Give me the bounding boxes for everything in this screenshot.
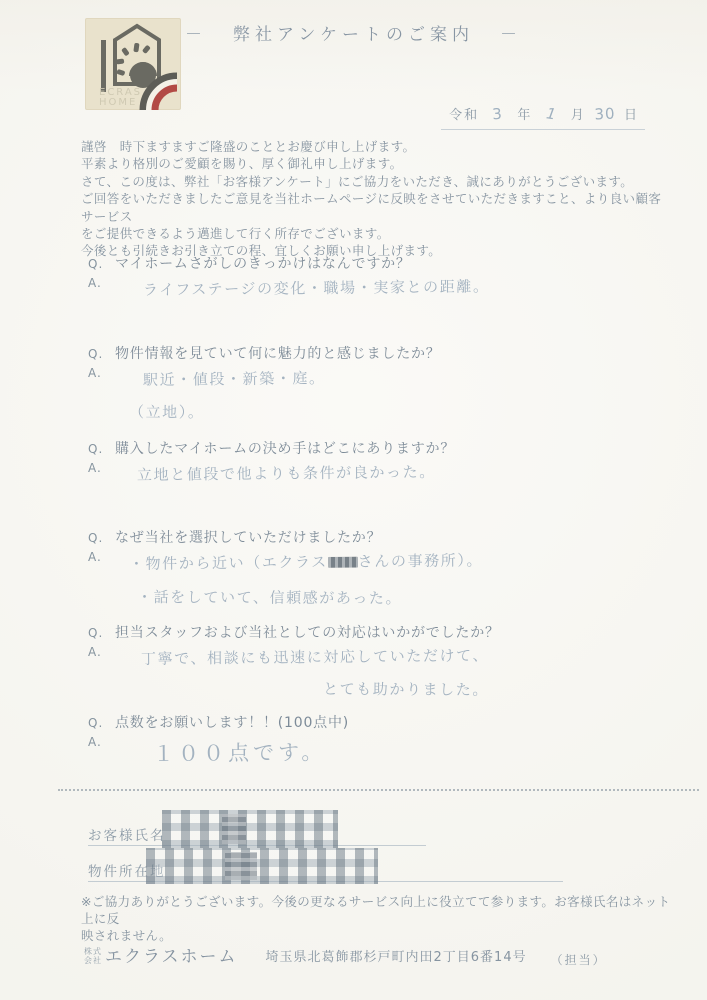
a-label: A. (88, 550, 115, 607)
year-label: 年 (517, 108, 532, 123)
date-line: 令和 3 年 1 月 30 日 (441, 104, 645, 130)
question-row: Q.マイホームさがしのきっかけはなんですか？ (88, 253, 671, 273)
answer-text-segment: 立地と値段で他よりも条件が良かった。 (137, 463, 436, 484)
handwritten-answers: １００点です。 (115, 735, 671, 768)
q-label: Q. (88, 257, 115, 271)
q-label: Q. (88, 531, 115, 545)
question-text: 点数をお願いします！！(100点中) (115, 712, 349, 732)
question-row: Q.なぜ当社を選択していただけましたか？ (88, 527, 671, 547)
answer-text-segment: ・物件から近い（エクラス (129, 553, 328, 573)
answer-text-segment: （立地）。 (129, 403, 205, 421)
a-label: A. (88, 276, 115, 300)
answer-text-segment: とても助かりました。 (323, 680, 489, 699)
handwritten-answers: ・物件から近い（エクラスさんの事務所）。・話をしていて、信頼感があった。 (115, 550, 671, 607)
logo-bar (101, 40, 106, 92)
question-text: マイホームさがしのきっかけはなんですか？ (115, 253, 411, 273)
handwritten-answer-line: （立地）。 (129, 401, 671, 425)
question-text: なぜ当社を選択していただけましたか？ (115, 527, 381, 547)
handwritten-answer-line: 丁寧で、相談にも迅速に対応していただけて、 (141, 642, 671, 669)
handwritten-day: 30 (591, 104, 618, 123)
greeting-line: をご提供できるよう邁進して行く所存でございます。 (81, 225, 666, 242)
qa-block: Q.物件情報を見ていて何に魅力的と感じましたか？A.駅近・値段・新築・庭。（立地… (88, 343, 671, 422)
greeting-line: 平素より格別のご愛顧を賜り、厚く御礼申し上げます。 (81, 155, 666, 172)
customer-name-redacted-value (162, 810, 338, 848)
field-customer-name: お客様氏名 (88, 824, 166, 844)
handwritten-answer-line: とても助かりました。 (323, 678, 671, 701)
a-label: A. (88, 645, 115, 699)
qa-block: Q.担当スタッフおよび当社としての対応はいかがでしたか？A.丁寧で、相談にも迅速… (88, 622, 671, 699)
title-dash-left: － (185, 25, 207, 45)
q-label: Q. (88, 716, 115, 730)
customer-name-label: お客様氏名 (88, 828, 166, 844)
company-prefix: 株式 会社 (84, 947, 102, 965)
handwritten-answer-line: ・話をしていて、信頼感があった。 (137, 586, 671, 610)
question-text: 購入したマイホームの決め手はどこにありますか？ (115, 438, 455, 458)
q-label: Q. (88, 347, 115, 361)
sun-icon (116, 43, 157, 88)
handwritten-year: 3 (485, 104, 512, 124)
handwritten-answer-line: 立地と値段で他よりも条件が良かった。 (137, 458, 671, 485)
qa-block: Q.点数をお願いします！！(100点中)A.１００点です。 (88, 712, 671, 768)
q-label: Q. (88, 442, 115, 456)
handwritten-answers: 駅近・値段・新築・庭。（立地）。 (115, 366, 671, 422)
handwritten-answers: ライフステージの変化・職場・実家との距離。 (115, 276, 671, 300)
a-label: A. (88, 461, 115, 485)
answer-text-segment: ・話をしていて、信頼感があった。 (137, 588, 402, 607)
title-dash-right: － (500, 25, 522, 45)
question-row: Q.点数をお願いします！！(100点中) (88, 712, 671, 732)
answer-row: A.ライフステージの変化・職場・実家との距離。 (88, 276, 671, 300)
day-label: 日 (624, 108, 639, 123)
greeting-line: 謹啓 時下ますますご隆盛のこととお慶び申し上げます。 (81, 138, 666, 155)
handwritten-answers: 丁寧で、相談にも迅速に対応していただけて、とても助かりました。 (115, 645, 671, 699)
answer-row: A.立地と値段で他よりも条件が良かった。 (88, 461, 671, 485)
dotted-divider (58, 789, 699, 791)
company-address: 埼玉県北葛飾郡杉戸町内田2丁目6番14号 (266, 946, 527, 965)
company-row: 株式 会社 エクラスホーム 埼玉県北葛飾郡杉戸町内田2丁目6番14号 （担当） (84, 941, 607, 968)
answer-text-segment: 駅近・値段・新築・庭。 (143, 369, 326, 389)
footer-note: ※ご協力ありがとうございます。今後の更なるサービス向上に役立てて参ります。お客様… (81, 893, 671, 944)
company-name: エクラスホーム (105, 942, 238, 967)
answer-text-segment: さんの事務所）。 (358, 551, 483, 570)
page-title: 弊社アンケートのご案内 (233, 25, 474, 45)
greeting-line: ご回答をいただきましたご意見を当社ホームページに反映をさせていただきますこと、よ… (81, 190, 666, 225)
question-text: 物件情報を見ていて何に魅力的と感じましたか？ (115, 343, 441, 363)
footer-note-line: ※ご協力ありがとうございます。今後の更なるサービス向上に役立てて参ります。お客様… (81, 893, 671, 927)
question-row: Q.購入したマイホームの決め手はどこにありますか？ (88, 438, 671, 458)
logo-wordmark-line2: HOME (99, 97, 137, 108)
answer-text-segment: 丁寧で、相談にも迅速に対応していただけて、 (141, 646, 489, 668)
handwritten-month: 1 (536, 104, 568, 125)
handwritten-answer-line: ・物件から近い（エクラスさんの事務所）。 (129, 547, 671, 574)
month-label: 月 (571, 108, 586, 123)
a-label: A. (88, 735, 115, 768)
company-prefix-line1: 株式 (84, 947, 102, 956)
handwritten-answer-line: ライフステージの変化・職場・実家との距離。 (143, 273, 671, 300)
question-text: 担当スタッフおよび当社としての対応はいかがでしたか？ (115, 622, 500, 642)
page-title-row: －弊社アンケートのご案内－ (0, 20, 707, 45)
question-row: Q.担当スタッフおよび当社としての対応はいかがでしたか？ (88, 622, 671, 642)
answer-row: A.・物件から近い（エクラスさんの事務所）。・話をしていて、信頼感があった。 (88, 550, 671, 607)
handwritten-answers: 立地と値段で他よりも条件が良かった。 (115, 461, 671, 485)
greeting-line: さて、この度は、弊社「お客様アンケート」にご協力をいただき、誠にありがとうござい… (81, 173, 666, 190)
answer-text-segment: ライフステージの変化・職場・実家との距離。 (143, 277, 490, 299)
q-label: Q. (88, 626, 115, 640)
handwritten-answer-line: １００点です。 (153, 733, 671, 768)
company-prefix-line2: 会社 (84, 956, 102, 965)
scanned-survey-page: ECRAS HOME －弊社アンケートのご案内－ 令和 3 年 1 月 30 日… (0, 0, 707, 1000)
redacted-text (328, 557, 358, 568)
handwritten-answer-line: 駅近・値段・新築・庭。 (143, 363, 671, 390)
qa-block: Q.マイホームさがしのきっかけはなんですか？A.ライフステージの変化・職場・実家… (88, 253, 671, 300)
answer-row: A.１００点です。 (88, 735, 671, 768)
contact-label: （担当） (551, 951, 607, 968)
answer-row: A.駅近・値段・新築・庭。（立地）。 (88, 366, 671, 422)
qa-block: Q.購入したマイホームの決め手はどこにありますか？A.立地と値段で他よりも条件が… (88, 438, 671, 485)
a-label: A. (88, 366, 115, 422)
answer-text-segment: １００点です。 (153, 740, 327, 766)
answer-row: A.丁寧で、相談にも迅速に対応していただけて、とても助かりました。 (88, 645, 671, 699)
greeting-paragraph: 謹啓 時下ますますご隆盛のこととお慶び申し上げます。平素より格別のご愛顧を賜り、… (81, 138, 666, 260)
question-row: Q.物件情報を見ていて何に魅力的と感じましたか？ (88, 343, 671, 363)
property-location-redacted-value (146, 848, 378, 884)
era-label: 令和 (449, 108, 479, 123)
field-property-location: 物件所在地 (88, 860, 166, 880)
qa-block: Q.なぜ当社を選択していただけましたか？A.・物件から近い（エクラスさんの事務所… (88, 527, 671, 607)
